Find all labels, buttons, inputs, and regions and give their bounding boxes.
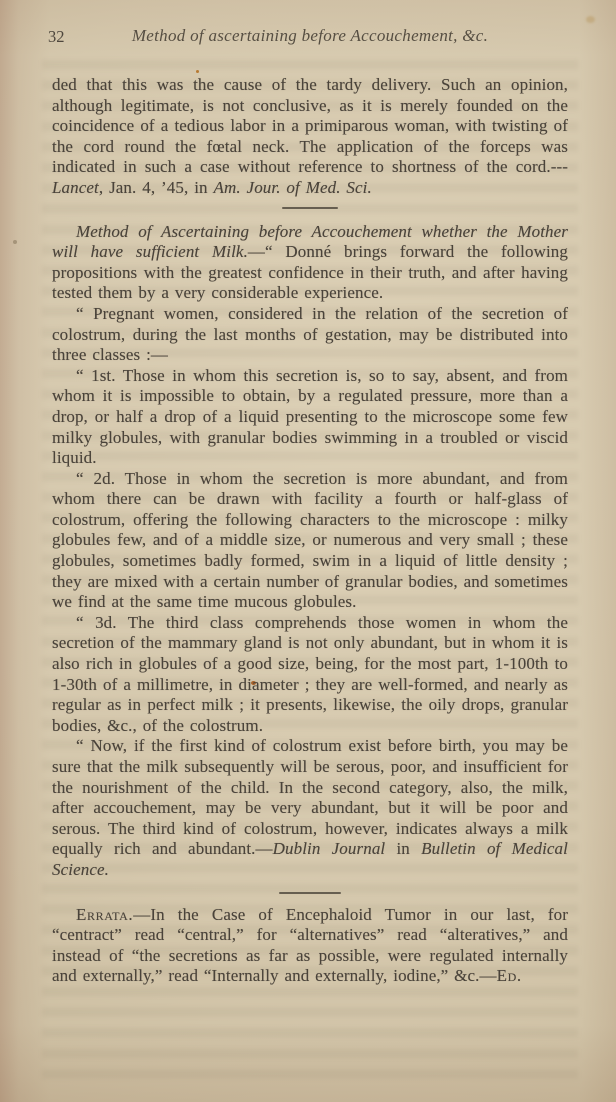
errata-signature: Ed. [497, 966, 522, 985]
section-divider-rule [279, 892, 341, 894]
paragraph-text: “ 1st. Those in whom this secretion is, … [52, 366, 568, 467]
paper-stain [586, 16, 595, 23]
paper-speck [13, 240, 17, 244]
paragraph-text: “ 2d. Those in whom the secretion is mor… [52, 469, 568, 612]
section-divider-rule [282, 207, 338, 209]
page-number: 32 [48, 27, 65, 47]
paragraph-second-class: “ 2d. Those in whom the secretion is mor… [52, 469, 568, 613]
paragraph-conclusion: “ Now, if the first kind of colostrum ex… [52, 736, 568, 880]
text-block: 32 Method of ascertaining before Accouch… [52, 26, 568, 987]
page-header: 32 Method of ascertaining before Accouch… [52, 26, 568, 48]
paragraph-text: ded that this was the cause of the tardy… [52, 75, 568, 176]
paragraph-third-class: “ 3d. The third class comprehends those … [52, 613, 568, 737]
running-header: Method of ascertaining before Accoucheme… [52, 26, 568, 46]
paragraph-text: “ 3d. The third class comprehends those … [52, 613, 568, 735]
book-page: 32 Method of ascertaining before Accouch… [0, 0, 616, 1102]
errata-label: Errata. [76, 905, 133, 924]
section-heading-paragraph: Method of Ascertaining before Accoucheme… [52, 222, 568, 304]
errata-paragraph: Errata.—In the Case of Encephaloid Tumor… [52, 905, 568, 987]
citation-connector: , Jan. 4, ’45, in [99, 178, 214, 197]
citation-lancet: Lancet [52, 178, 99, 197]
citation-am-jour-med-sci: Am. Jour. of Med. Sci. [213, 178, 371, 197]
citation-connector: in [385, 839, 421, 858]
citation-dublin-journal: Dublin Journal [273, 839, 386, 858]
paragraph-text: “ Pregnant women, considered in the rela… [52, 304, 568, 364]
paragraph-first-class: “ 1st. Those in whom this secretion is, … [52, 366, 568, 469]
paragraph-three-classes: “ Pregnant women, considered in the rela… [52, 304, 568, 366]
paragraph-tardy-delivery: ded that this was the cause of the tardy… [52, 75, 568, 199]
